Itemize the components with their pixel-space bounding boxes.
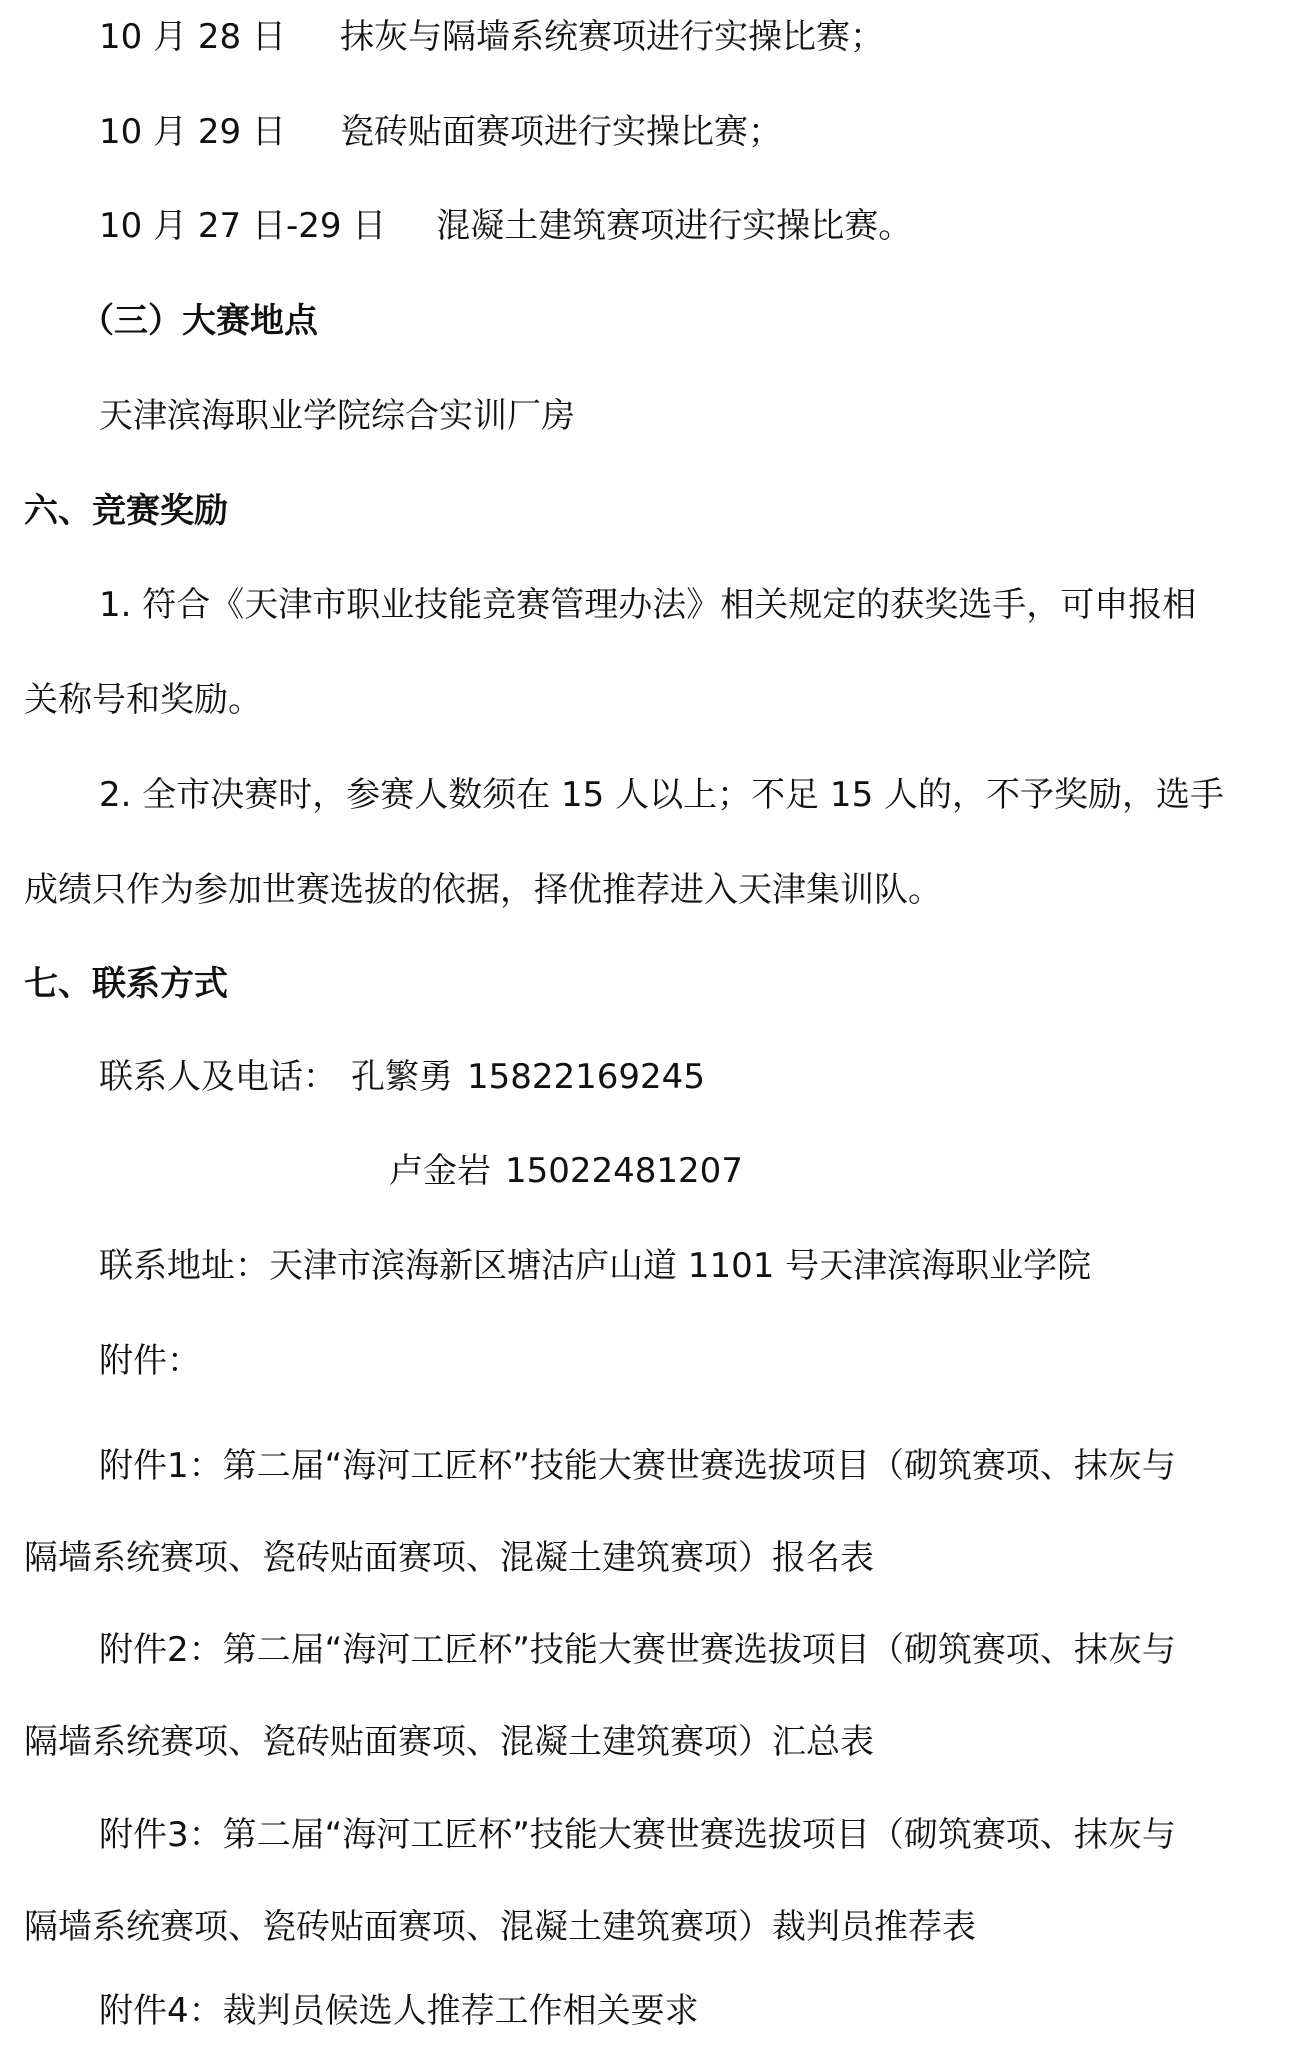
contact-phone: 15022481207 <box>505 1151 743 1191</box>
attachment-2-line-1: 附件2：第二届“海河工匠杯”技能大赛世赛选拔项目（砌筑赛项、抹灰与 <box>0 1625 1290 1675</box>
attachments-label: 附件： <box>0 1336 1290 1386</box>
schedule-date: 10 月 28 日 <box>99 12 286 62</box>
attachment-2-line-2: 隔墙系统赛项、瓷砖贴面赛项、混凝土建筑赛项）汇总表 <box>0 1717 1290 1767</box>
venue-location: 天津滨海职业学院综合实训厂房 <box>0 391 1290 441</box>
contact-label: 联系人及电话： <box>99 1057 337 1097</box>
schedule-event: 瓷砖贴面赛项进行实操比赛； <box>340 112 782 152</box>
contact-name: 卢金岩 <box>389 1151 491 1191</box>
awards-item-1-line-1: 1. 符合《天津市职业技能竞赛管理办法》相关规定的获奖选手，可申报相 <box>0 580 1290 630</box>
awards-heading: 六、竞赛奖励 <box>0 486 1290 536</box>
contact-phone: 15822169245 <box>467 1057 705 1097</box>
awards-item-1-line-2: 关称号和奖励。 <box>0 675 1290 725</box>
contact-heading: 七、联系方式 <box>0 959 1290 1009</box>
schedule-item: 10 月 28 日抹灰与隔墙系统赛项进行实操比赛； <box>0 12 1290 62</box>
attachment-1-line-2: 隔墙系统赛项、瓷砖贴面赛项、混凝土建筑赛项）报名表 <box>0 1533 1290 1583</box>
venue-heading: （三）大赛地点 <box>0 296 1290 346</box>
attachment-3-line-1: 附件3：第二届“海河工匠杯”技能大赛世赛选拔项目（砌筑赛项、抹灰与 <box>0 1810 1290 1860</box>
schedule-date: 10 月 27 日-29 日 <box>99 201 386 251</box>
contact-name: 孔繁勇 <box>351 1057 453 1097</box>
contact-address: 联系地址：天津市滨海新区塘沽庐山道 1101 号天津滨海职业学院 <box>0 1241 1290 1291</box>
awards-item-2-line-2: 成绩只作为参加世赛选拔的依据，择优推荐进入天津集训队。 <box>0 865 1290 915</box>
attachment-1-line-1: 附件1：第二届“海河工匠杯”技能大赛世赛选拔项目（砌筑赛项、抹灰与 <box>0 1441 1290 1491</box>
attachment-3-line-2: 隔墙系统赛项、瓷砖贴面赛项、混凝土建筑赛项）裁判员推荐表 <box>0 1902 1290 1952</box>
schedule-item: 10 月 27 日-29 日混凝土建筑赛项进行实操比赛。 <box>0 201 1290 251</box>
awards-item-2-line-1: 2. 全市决赛时，参赛人数须在 15 人以上；不足 15 人的，不予奖励，选手 <box>0 770 1290 820</box>
schedule-event: 抹灰与隔墙系统赛项进行实操比赛； <box>340 17 884 57</box>
contact-person-2: 卢金岩15022481207 <box>0 1146 1290 1196</box>
schedule-event: 混凝土建筑赛项进行实操比赛。 <box>436 206 912 246</box>
contact-person-1: 联系人及电话：孔繁勇15822169245 <box>0 1052 1290 1102</box>
schedule-item: 10 月 29 日瓷砖贴面赛项进行实操比赛； <box>0 107 1290 157</box>
schedule-date: 10 月 29 日 <box>99 107 286 157</box>
attachment-4: 附件4：裁判员候选人推荐工作相关要求 <box>0 1986 1290 2036</box>
